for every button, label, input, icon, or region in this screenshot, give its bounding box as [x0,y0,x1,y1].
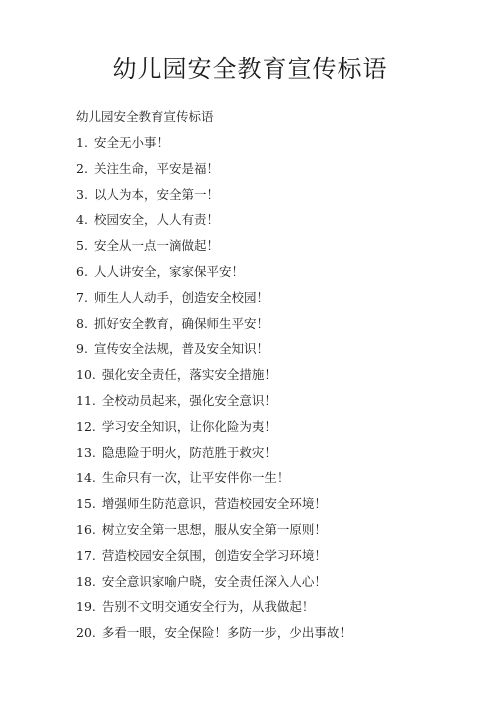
slogan-text: 以人为本，安全第一！ [94,187,219,202]
slogan-number: 2. [76,160,94,181]
document-page: 幼儿园安全教育宣传标语 幼儿园安全教育宣传标语 1.安全无小事！2.关注生命，平… [0,0,500,707]
slogan-number: 16. [76,521,102,542]
slogan-list: 1.安全无小事！2.关注生命，平安是福！3.以人为本，安全第一！4.校园安全，人… [76,134,352,650]
slogan-number: 12. [76,418,102,439]
slogan-number: 5. [76,237,94,258]
slogan-item: 8.抓好安全教育，确保师生平安！ [76,315,352,341]
slogan-item: 18.安全意识家喻户晓，安全责任深入人心！ [76,573,352,599]
slogan-text: 学习安全知识，让你化险为夷！ [102,419,277,434]
slogan-number: 6. [76,263,94,284]
slogan-text: 安全无小事！ [94,135,169,150]
slogan-number: 9. [76,340,94,361]
slogan-text: 抓好安全教育，确保师生平安！ [94,316,269,331]
slogan-number: 18. [76,573,102,594]
section-heading: 幼儿园安全教育宣传标语 [76,108,214,126]
slogan-item: 10.强化安全责任，落实安全措施！ [76,366,352,392]
slogan-text: 师生人人动手，创造安全校园！ [94,290,269,305]
slogan-item: 17.营造校园安全氛围，创造安全学习环境！ [76,547,352,573]
slogan-item: 5.安全从一点一滴做起！ [76,237,352,263]
slogan-item: 9.宣传安全法规，普及安全知识！ [76,340,352,366]
slogan-text: 安全意识家喻户晓，安全责任深入人心！ [102,574,327,589]
slogan-text: 强化安全责任，落实安全措施！ [102,367,277,382]
slogan-number: 7. [76,289,94,310]
slogan-number: 14. [76,469,102,490]
slogan-item: 11.全校动员起来，强化安全意识！ [76,392,352,418]
slogan-item: 12.学习安全知识，让你化险为夷！ [76,418,352,444]
slogan-text: 全校动员起来，强化安全意识！ [102,393,277,408]
slogan-item: 13.隐患险于明火，防范胜于救灾！ [76,444,352,470]
slogan-item: 7.师生人人动手，创造安全校园！ [76,289,352,315]
slogan-text: 校园安全，人人有责！ [94,212,219,227]
slogan-item: 19.告别不文明交通安全行为，从我做起！ [76,598,352,624]
slogan-text: 多看一眼，安全保险！多防一步，少出事故！ [102,625,352,640]
slogan-item: 14.生命只有一次，让平安伴你一生！ [76,469,352,495]
slogan-number: 17. [76,547,102,568]
slogan-number: 20. [76,624,102,645]
slogan-item: 3.以人为本，安全第一！ [76,186,352,212]
slogan-text: 营造校园安全氛围，创造安全学习环境！ [102,548,327,563]
slogan-number: 1. [76,134,94,155]
slogan-number: 15. [76,495,102,516]
slogan-text: 增强师生防范意识，营造校园安全环境！ [102,496,327,511]
slogan-number: 19. [76,598,102,619]
slogan-item: 1.安全无小事！ [76,134,352,160]
slogan-number: 10. [76,366,102,387]
slogan-item: 4.校园安全，人人有责！ [76,211,352,237]
slogan-item: 6.人人讲安全，家家保平安！ [76,263,352,289]
slogan-text: 告别不文明交通安全行为，从我做起！ [102,599,315,614]
slogan-text: 生命只有一次，让平安伴你一生！ [102,470,290,485]
slogan-text: 隐患险于明火，防范胜于救灾！ [102,445,277,460]
slogan-item: 20.多看一眼，安全保险！多防一步，少出事故！ [76,624,352,650]
slogan-text: 宣传安全法规，普及安全知识！ [94,341,269,356]
slogan-number: 4. [76,211,94,232]
slogan-number: 3. [76,186,94,207]
slogan-item: 16.树立安全第一思想，服从安全第一原则！ [76,521,352,547]
slogan-number: 11. [76,392,102,413]
slogan-text: 关注生命，平安是福！ [94,161,219,176]
slogan-number: 13. [76,444,102,465]
page-title: 幼儿园安全教育宣传标语 [0,53,500,85]
slogan-text: 人人讲安全，家家保平安！ [94,264,244,279]
slogan-text: 树立安全第一思想，服从安全第一原则！ [102,522,327,537]
slogan-item: 15.增强师生防范意识，营造校园安全环境！ [76,495,352,521]
slogan-number: 8. [76,315,94,336]
slogan-item: 2.关注生命，平安是福！ [76,160,352,186]
slogan-text: 安全从一点一滴做起！ [94,238,219,253]
